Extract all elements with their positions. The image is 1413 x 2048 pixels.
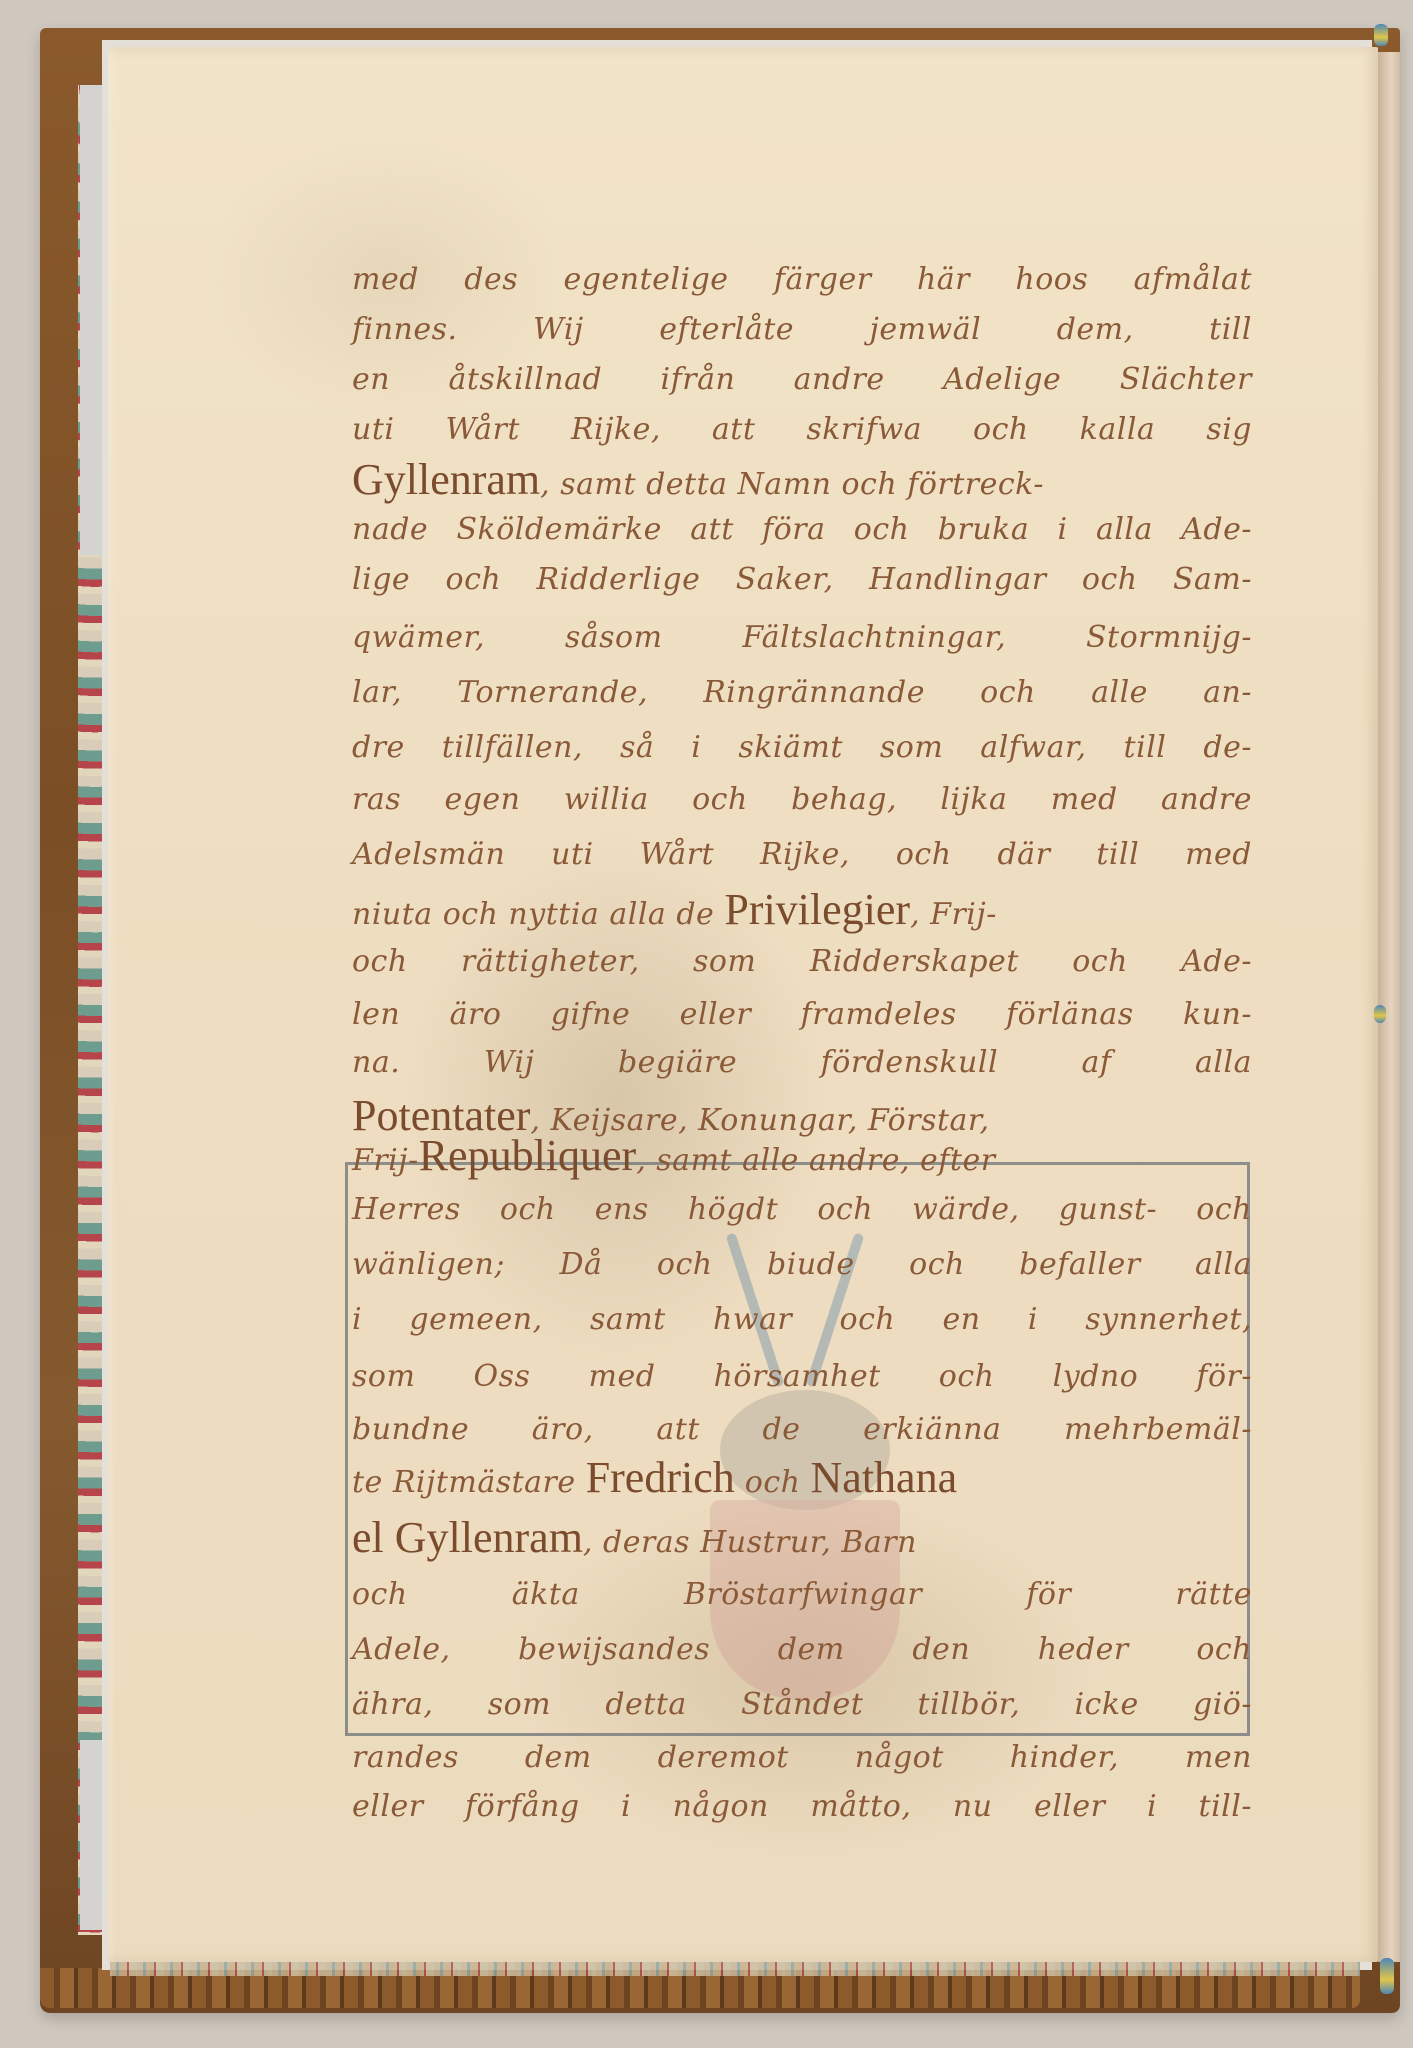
text-line: finnes. Wij efterlåte jemwäl dem, till (352, 312, 1252, 347)
text-line: som Oss med hörsamhet och lydno för- (352, 1359, 1252, 1394)
text-line: Herres och ens högdt och wärde, gunst- o… (352, 1192, 1252, 1227)
text-line: na. Wij begiäre fördenskull af alla (352, 1045, 1252, 1080)
text-line: ras egen willia och behag, lijka med and… (352, 782, 1252, 817)
family-name: el Gyllenram (352, 1513, 583, 1562)
text-line: wänligen; Då och biude och befaller alla (352, 1247, 1252, 1282)
text-line: lar, Tornerande, Ringrännande och alle a… (352, 675, 1252, 710)
text-line: niuta och nyttia alla de Privilegier, Fr… (352, 884, 997, 935)
text-line: med des egentelige färger här hoos afmål… (352, 262, 1252, 297)
text-line: dre tillfällen, så i skiämt som alfwar, … (352, 730, 1252, 765)
text-line: eller förfång i någon måtto, nu eller i … (352, 1789, 1252, 1824)
text-line: nade Sköldemärke att föra och bruka i al… (352, 512, 1252, 547)
text-line: bundne äro, att de erkiänna mehrbemäl- (352, 1412, 1252, 1447)
text-line: qwämer, såsom Fältslachtningar, Stormnij… (352, 620, 1252, 655)
highlighted-word: Privilegier (724, 885, 910, 934)
text-line: Gyllenram, samt detta Namn och förtreck- (352, 454, 1044, 505)
person-name: Nathana (811, 1453, 958, 1502)
text-line: te Rijtmästare Fredrich och Nathana (352, 1452, 957, 1503)
text-line: lige och Ridderlige Saker, Handlingar oc… (352, 562, 1252, 597)
highlighted-word: Republiquer (419, 1131, 637, 1180)
person-name: Fredrich (586, 1453, 735, 1502)
binding-thread-icon (1374, 24, 1388, 46)
text-line: randes dem deremot något hinder, men (352, 1740, 1252, 1775)
text-line: ähra, som detta Ståndet tillbör, icke gi… (352, 1687, 1252, 1722)
binding-thread-icon (1380, 1958, 1394, 1994)
text-line: Adelsmän uti Wårt Rijke, och där till me… (352, 837, 1252, 872)
binding-thread-icon (1374, 1005, 1386, 1023)
text-line: en åtskillnad ifrån andre Adelige Slächt… (352, 362, 1252, 397)
text-line: len äro gifne eller framdeles förlänas k… (352, 997, 1252, 1032)
text-line: uti Wårt Rijke, att skrifwa och kalla si… (352, 412, 1252, 447)
text-line: el Gyllenram, deras Hustrur, Barn (352, 1512, 917, 1563)
text-line: i gemeen, samt hwar och en i synnerhet, (352, 1302, 1252, 1337)
text-line: och rättigheter, som Ridderskapet och Ad… (352, 944, 1252, 979)
text-line: Adele, bewijsandes dem den heder och (352, 1632, 1252, 1667)
text-line: och äkta Bröstarfwingar för rätte (352, 1577, 1252, 1612)
text-line: Frij-Republiquer, samt alle andre, efter (352, 1130, 996, 1181)
family-name: Gyllenram (352, 455, 540, 504)
